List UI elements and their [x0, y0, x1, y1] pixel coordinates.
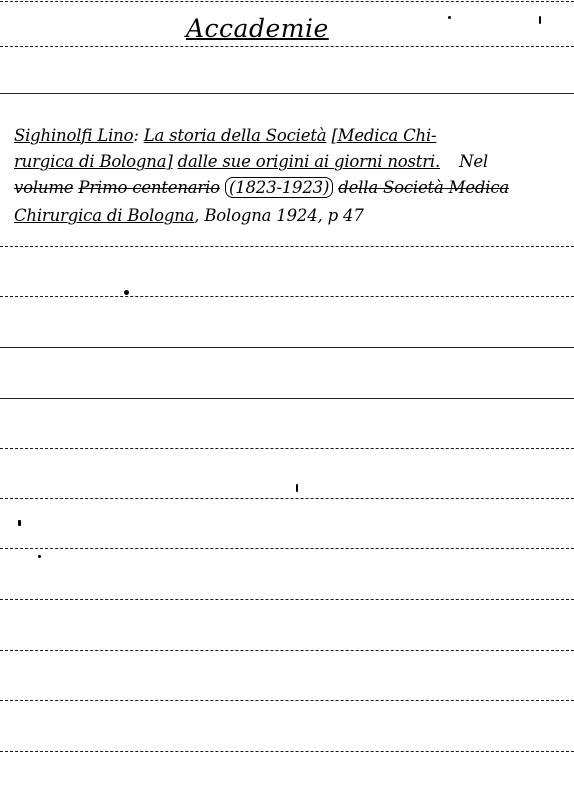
ruled-line	[0, 498, 574, 499]
ruled-line	[0, 347, 574, 348]
separator: :	[133, 126, 138, 145]
ruled-line	[0, 650, 574, 651]
ruled-line	[0, 448, 574, 449]
scan-speck	[448, 16, 451, 19]
page-text: p 47	[328, 206, 364, 225]
ruled-line	[0, 246, 574, 247]
years-text: (1823-1923)	[225, 177, 333, 198]
ruled-line	[0, 751, 574, 752]
ruled-line	[0, 46, 574, 47]
bracket-end-text: rurgica di Bologna]	[14, 152, 173, 171]
scan-speck	[18, 520, 21, 526]
ruled-line	[0, 296, 574, 297]
entry-line-2: rurgica di Bologna] dalle sue origini ai…	[14, 152, 488, 172]
della-societa-text: della Società Medica	[338, 178, 509, 197]
ruled-line	[0, 1, 574, 2]
scan-speck	[539, 16, 541, 24]
entry-line-4: Chirurgica di Bologna, Bologna 1924, p 4…	[14, 206, 364, 226]
bracket-text: [Medica Chi-	[331, 126, 436, 145]
primo-centenario-text: Primo centenario	[78, 178, 219, 197]
entry-line-3: volume Primo centenario (1823-1923) dell…	[14, 178, 509, 198]
ruled-line	[0, 93, 574, 94]
scan-speck	[38, 555, 41, 558]
place-year-text: , Bologna 1924,	[194, 206, 322, 225]
author-name: Sighinolfi Lino	[14, 126, 133, 145]
title-rest-text: dalle sue origini ai giorni nostri.	[178, 152, 440, 171]
card-heading: Accademie	[186, 14, 329, 44]
ruled-line	[0, 398, 574, 399]
ruled-line	[0, 548, 574, 549]
entry-line-1: Sighinolfi Lino: La storia della Società…	[14, 126, 436, 146]
chirurgica-text: Chirurgica di Bologna	[14, 206, 194, 225]
nel-text: Nel	[459, 152, 488, 171]
scan-speck	[296, 484, 298, 492]
scan-speck	[124, 290, 129, 295]
ruled-line	[0, 599, 574, 600]
title-text: La storia della Società	[144, 126, 327, 145]
volume-text: volume	[14, 178, 73, 197]
ruled-line	[0, 700, 574, 701]
